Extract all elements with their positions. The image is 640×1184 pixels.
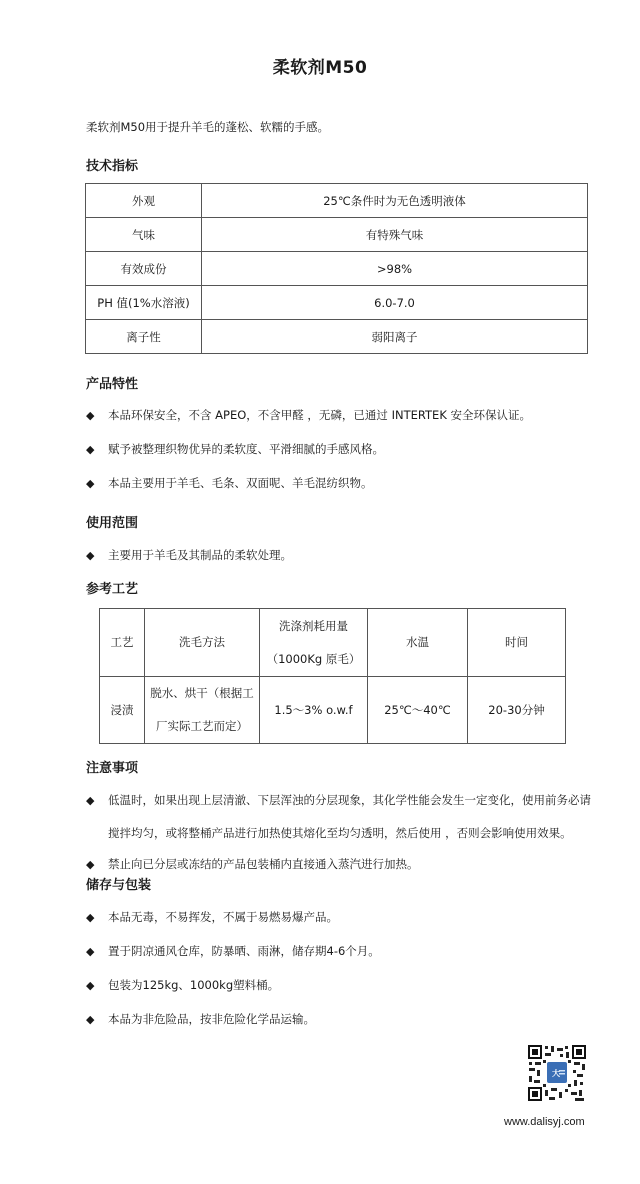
spec-label: PH 值(1%水溶液) <box>86 286 202 320</box>
process-heading: 参考工艺 <box>86 578 138 597</box>
storage-text: 本品无毒，不易挥发，不属于易燃易爆产品。 <box>108 909 338 926</box>
diamond-bullet-icon: ◆ <box>86 856 108 873</box>
feature-text: 赋予被整理织物优异的柔软度、平滑细腻的手感风格。 <box>108 441 384 458</box>
process-header-row: 工艺 洗毛方法 洗涤剂耗用量 （1000Kg 原毛） 水温 时间 <box>100 609 566 677</box>
svg-text:大: 大 <box>552 1068 560 1078</box>
storage-text: 置于阴凉通风仓库，防暴晒、雨淋，储存期4-6个月。 <box>108 943 380 960</box>
spec-heading: 技术指标 <box>86 155 138 174</box>
storage-text: 本品为非危险品，按非危险化学品运输。 <box>108 1011 315 1028</box>
feature-text: 本品环保安全，不含 APEO，不含甲醛 ，无磷，已通过 INTERTEK 安全环… <box>108 407 531 424</box>
storage-text: 包装为125kg、1000kg塑料桶。 <box>108 977 279 994</box>
usage-item: ◆ 主要用于羊毛及其制品的柔软处理。 <box>86 547 292 564</box>
feature-item: ◆ 本品环保安全，不含 APEO，不含甲醛 ，无磷，已通过 INTERTEK 安… <box>86 407 531 424</box>
spec-value: 弱阳离子 <box>202 320 588 354</box>
storage-item: ◆ 包装为125kg、1000kg塑料桶。 <box>86 977 279 994</box>
diamond-bullet-icon: ◆ <box>86 977 108 994</box>
diamond-bullet-icon: ◆ <box>86 784 108 850</box>
storage-heading: 储存与包装 <box>86 874 151 893</box>
note-item: ◆ 低温时，如果出现上层清澈、下层浑浊的分层现象，其化学性能会发生一定变化，使用… <box>86 784 591 850</box>
note-text-line: 低温时，如果出现上层清澈、下层浑浊的分层现象，其化学性能会发生一定变化，使用前务… <box>108 784 591 817</box>
spec-row: 外观 25℃条件时为无色透明液体 <box>86 184 588 218</box>
storage-item: ◆ 置于阴凉通风仓库，防暴晒、雨淋，储存期4-6个月。 <box>86 943 380 960</box>
intro-text: 柔软剂M50用于提升羊毛的蓬松、软糯的手感。 <box>86 119 329 135</box>
diamond-bullet-icon: ◆ <box>86 943 108 960</box>
spec-label: 离子性 <box>86 320 202 354</box>
process-data-row: 浸渍 脱水、烘干（根据工 厂实际工艺而定） 1.5～3% o.w.f 25℃～4… <box>100 677 566 744</box>
features-heading: 产品特性 <box>86 373 138 392</box>
cell-dosage: 1.5～3% o.w.f <box>260 677 368 744</box>
document-title: 柔软剂M50 <box>0 53 640 78</box>
note-text-block: 低温时，如果出现上层清澈、下层浑浊的分层现象，其化学性能会发生一定变化，使用前务… <box>108 784 591 850</box>
spec-row: 有效成份 >98% <box>86 252 588 286</box>
header-dosage-sub: （1000Kg 原毛） <box>260 643 367 676</box>
spec-table: 外观 25℃条件时为无色透明液体 气味 有特殊气味 有效成份 >98% PH 值… <box>85 183 588 354</box>
diamond-bullet-icon: ◆ <box>86 475 108 492</box>
cell-method-line2: 厂实际工艺而定） <box>145 710 259 743</box>
note-text-line: 搅拌均匀，或将整桶产品进行加热使其熔化至均匀透明，然后使用 ，否则会影响使用效果… <box>108 817 591 850</box>
feature-item: ◆ 本品主要用于羊毛、毛条、双面呢、羊毛混纺织物。 <box>86 475 373 492</box>
diamond-bullet-icon: ◆ <box>86 441 108 458</box>
spec-label: 有效成份 <box>86 252 202 286</box>
usage-heading: 使用范围 <box>86 512 138 531</box>
spec-row: 离子性 弱阳离子 <box>86 320 588 354</box>
spec-label: 外观 <box>86 184 202 218</box>
diamond-bullet-icon: ◆ <box>86 1011 108 1028</box>
header-dosage: 洗涤剂耗用量 （1000Kg 原毛） <box>260 609 368 677</box>
header-time: 时间 <box>468 609 566 677</box>
cell-method-line1: 脱水、烘干（根据工 <box>145 677 259 710</box>
qr-code-icon: 大 <box>527 1044 587 1102</box>
diamond-bullet-icon: ◆ <box>86 547 108 564</box>
website-link[interactable]: www.dalisyj.com <box>504 1116 585 1128</box>
header-dosage-label: 洗涤剂耗用量 <box>260 610 367 643</box>
spec-label: 气味 <box>86 218 202 252</box>
header-temperature: 水温 <box>368 609 468 677</box>
storage-item: ◆ 本品无毒，不易挥发，不属于易燃易爆产品。 <box>86 909 338 926</box>
note-item: ◆ 禁止向已分层或冻结的产品包装桶内直接通入蒸汽进行加热。 <box>86 856 419 873</box>
feature-text: 本品主要用于羊毛、毛条、双面呢、羊毛混纺织物。 <box>108 475 373 492</box>
cell-time: 20-30分钟 <box>468 677 566 744</box>
spec-value: >98% <box>202 252 588 286</box>
spec-row: PH 值(1%水溶液) 6.0-7.0 <box>86 286 588 320</box>
header-process: 工艺 <box>100 609 145 677</box>
spec-value: 25℃条件时为无色透明液体 <box>202 184 588 218</box>
cell-method: 脱水、烘干（根据工 厂实际工艺而定） <box>145 677 260 744</box>
notes-heading: 注意事项 <box>86 757 138 776</box>
spec-value: 有特殊气味 <box>202 218 588 252</box>
storage-item: ◆ 本品为非危险品，按非危险化学品运输。 <box>86 1011 315 1028</box>
feature-item: ◆ 赋予被整理织物优异的柔软度、平滑细腻的手感风格。 <box>86 441 384 458</box>
diamond-bullet-icon: ◆ <box>86 407 108 424</box>
spec-value: 6.0-7.0 <box>202 286 588 320</box>
spec-row: 气味 有特殊气味 <box>86 218 588 252</box>
process-table: 工艺 洗毛方法 洗涤剂耗用量 （1000Kg 原毛） 水温 时间 浸渍 脱水、烘… <box>99 608 566 744</box>
note-text: 禁止向已分层或冻结的产品包装桶内直接通入蒸汽进行加热。 <box>108 856 419 873</box>
cell-temperature: 25℃～40℃ <box>368 677 468 744</box>
diamond-bullet-icon: ◆ <box>86 909 108 926</box>
cell-process: 浸渍 <box>100 677 145 744</box>
usage-text: 主要用于羊毛及其制品的柔软处理。 <box>108 547 292 564</box>
header-method: 洗毛方法 <box>145 609 260 677</box>
